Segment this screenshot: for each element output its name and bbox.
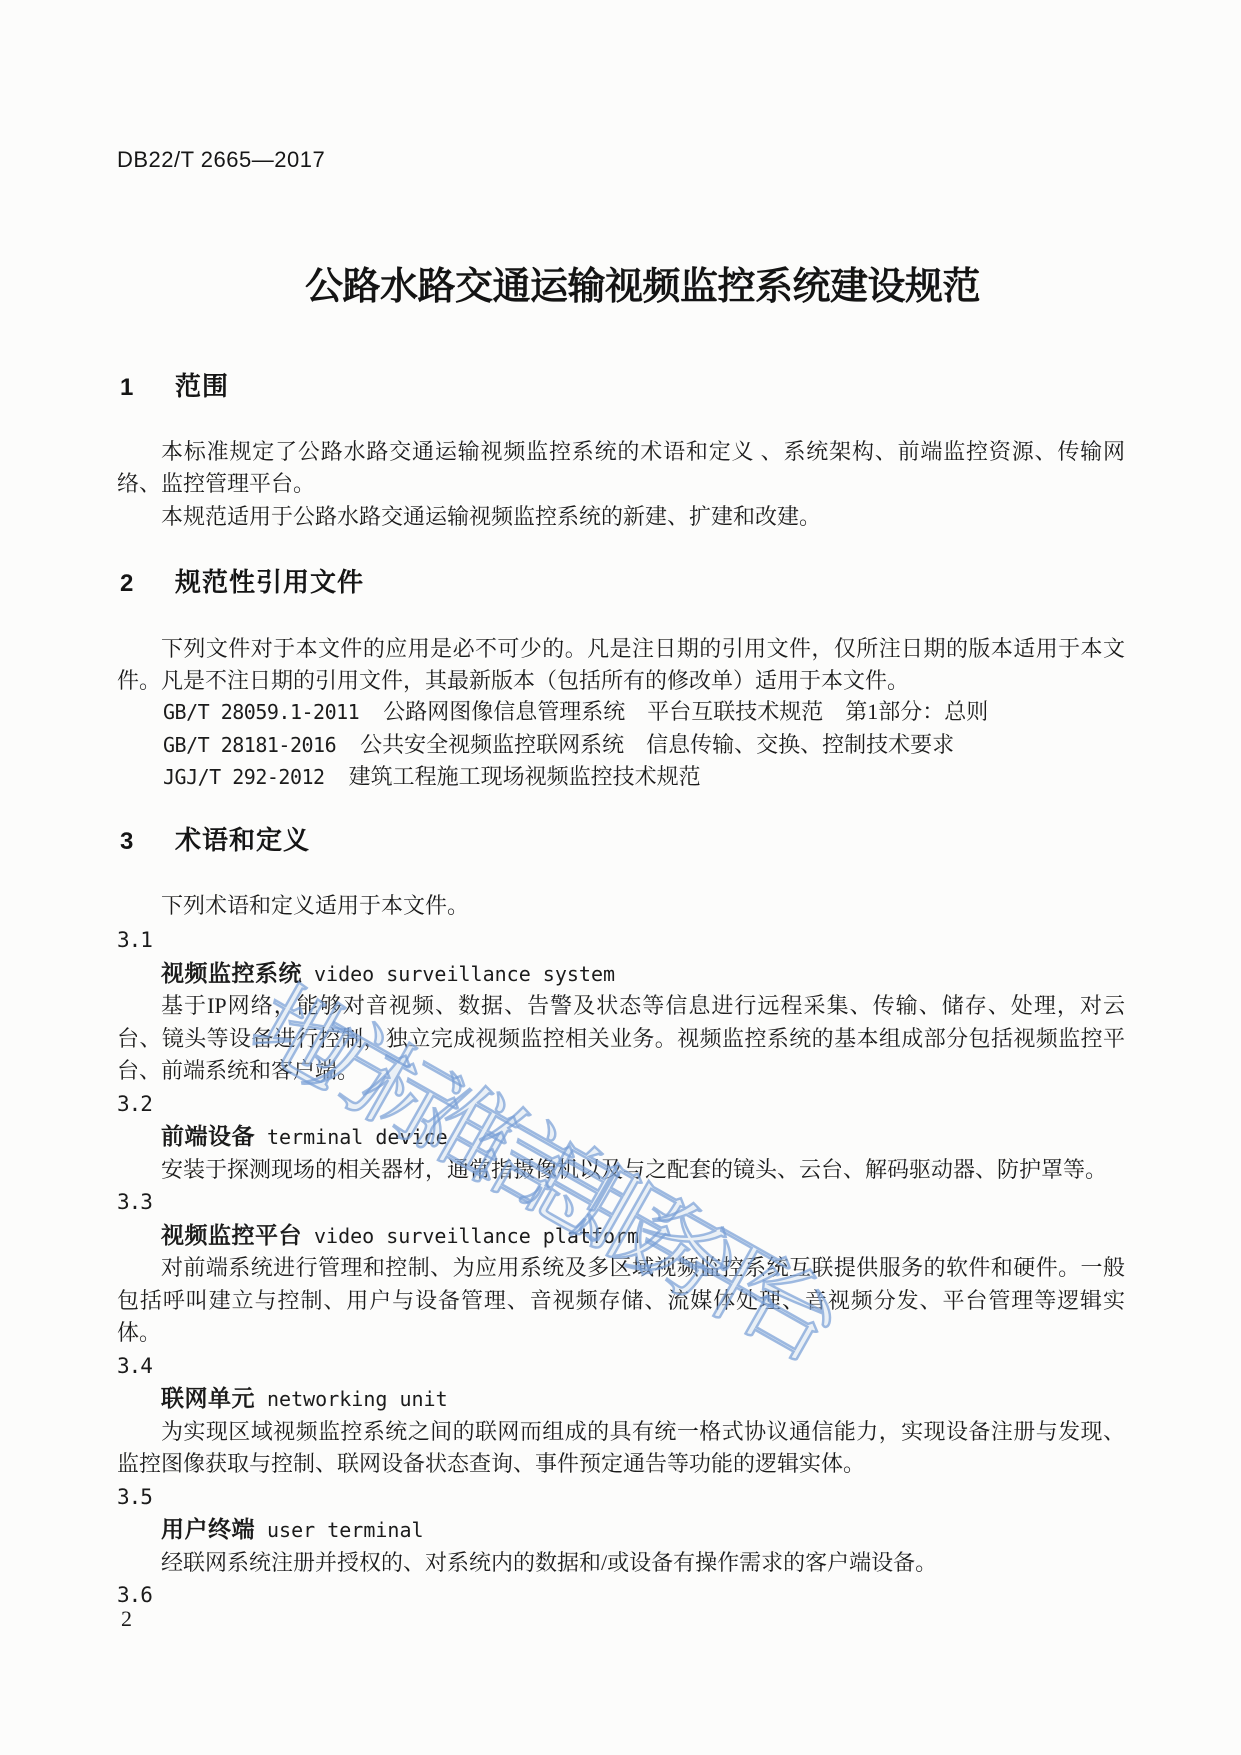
section-3-heading-text: 术语和定义 bbox=[175, 825, 310, 855]
reference-title: 公路网图像信息管理系统 平台互联技术规范 第1部分：总则 bbox=[383, 699, 988, 724]
section-3-heading: 3术语和定义 bbox=[117, 825, 1128, 857]
terms-list: 3.1 视频监控系统video surveillance system 基于IP… bbox=[117, 924, 1125, 1612]
document-title: 公路水路交通运输视频监控系统建设规范 bbox=[305, 266, 980, 308]
term-definition: 基于IP网络，能够对音视频、数据、告警及状态等信息进行远程采集、传输、储存、处理… bbox=[117, 990, 1125, 1088]
reference-code: GB/T 28059.1-2011 bbox=[163, 700, 359, 724]
term-definition: 安装于探测现场的相关器材，通常指摄像机以及与之配套的镜头、云台、解码驱动器、防护… bbox=[117, 1154, 1125, 1187]
standard-document-page: 地方标准信息服务平台 DB22/T 2665—2017 公路水路交通运输视频监控… bbox=[0, 0, 1241, 1755]
references-intro: 下列文件对于本文件的应用是必不可少的。凡是注日期的引用文件，仅所注日期的版本适用… bbox=[117, 633, 1125, 696]
term-title: 视频监控系统video surveillance system bbox=[117, 957, 1125, 991]
term-entry: 3.4 联网单元networking unit 为实现区域视频监控系统之间的联网… bbox=[117, 1350, 1125, 1481]
term-number: 3.5 bbox=[117, 1481, 1125, 1514]
term-number: 3.4 bbox=[117, 1350, 1125, 1383]
term-definition: 对前端系统进行管理和控制、为应用系统及多区域视频监控系统互联提供服务的软件和硬件… bbox=[117, 1252, 1125, 1350]
term-title: 视频监控平台video surveillance platform bbox=[117, 1219, 1125, 1253]
reference-list: GB/T 28059.1-2011公路网图像信息管理系统 平台互联技术规范 第1… bbox=[117, 696, 1177, 794]
term-zh-label: 联网单元 bbox=[161, 1385, 255, 1411]
term-zh-label: 视频监控平台 bbox=[161, 1222, 302, 1248]
term-en-label: terminal device bbox=[267, 1125, 448, 1149]
section-1-number: 1 bbox=[120, 373, 136, 403]
terms-intro: 下列术语和定义适用于本文件。 bbox=[117, 890, 1125, 922]
section-3-number: 3 bbox=[120, 827, 136, 857]
reference-title: 建筑工程施工现场视频监控技术规范 bbox=[349, 764, 701, 789]
term-number: 3.3 bbox=[117, 1186, 1125, 1219]
scope-paragraph-2: 本规范适用于公路水路交通运输视频监控系统的新建、扩建和改建。 bbox=[117, 501, 1125, 533]
section-2-heading-text: 规范性引用文件 bbox=[175, 567, 364, 597]
term-zh-label: 前端设备 bbox=[161, 1123, 255, 1149]
term-zh-label: 用户终端 bbox=[161, 1516, 255, 1542]
term-entry: 3.3 视频监控平台video surveillance platform 对前… bbox=[117, 1186, 1125, 1350]
reference-code: GB/T 28181-2016 bbox=[163, 733, 336, 757]
term-title: 用户终端user terminal bbox=[117, 1513, 1125, 1547]
term-en-label: video surveillance platform bbox=[314, 1224, 639, 1248]
standard-code: DB22/T 2665—2017 bbox=[117, 147, 325, 173]
page-number: 2 bbox=[121, 1606, 132, 1632]
reference-item: GB/T 28059.1-2011公路网图像信息管理系统 平台互联技术规范 第1… bbox=[117, 696, 1177, 729]
term-entry: 3.2 前端设备terminal device 安装于探测现场的相关器材，通常指… bbox=[117, 1088, 1125, 1187]
section-1-heading-text: 范围 bbox=[175, 371, 229, 401]
term-number: 3.1 bbox=[117, 924, 1125, 957]
reference-item: GB/T 28181-2016公共安全视频监控联网系统 信息传输、交换、控制技术… bbox=[117, 729, 1177, 762]
scope-paragraph-1: 本标准规定了公路水路交通运输视频监控系统的术语和定义 、系统架构、前端监控资源、… bbox=[117, 436, 1125, 499]
term-en-label: user terminal bbox=[267, 1518, 424, 1542]
reference-item: JGJ/T 292-2012建筑工程施工现场视频监控技术规范 bbox=[117, 761, 1177, 794]
term-title: 联网单元networking unit bbox=[117, 1382, 1125, 1416]
term-number: 3.2 bbox=[117, 1088, 1125, 1121]
term-entry: 3.5 用户终端user terminal 经联网系统注册并授权的、对系统内的数… bbox=[117, 1481, 1125, 1580]
section-2-heading: 2规范性引用文件 bbox=[117, 567, 1128, 599]
term-en-label: networking unit bbox=[267, 1387, 448, 1411]
term-number-3-6: 3.6 bbox=[117, 1579, 1125, 1612]
reference-title: 公共安全视频监控联网系统 信息传输、交换、控制技术要求 bbox=[360, 732, 954, 757]
section-1-heading: 1范围 bbox=[117, 371, 1128, 403]
term-entry: 3.1 视频监控系统video surveillance system 基于IP… bbox=[117, 924, 1125, 1088]
term-definition: 为实现区域视频监控系统之间的联网而组成的具有统一格式协议通信能力，实现设备注册与… bbox=[117, 1416, 1125, 1481]
section-2-number: 2 bbox=[120, 569, 136, 599]
reference-code: JGJ/T 292-2012 bbox=[163, 765, 325, 789]
term-zh-label: 视频监控系统 bbox=[161, 960, 302, 986]
term-en-label: video surveillance system bbox=[314, 962, 615, 986]
term-definition: 经联网系统注册并授权的、对系统内的数据和/或设备有操作需求的客户端设备。 bbox=[117, 1547, 1125, 1580]
term-title: 前端设备terminal device bbox=[117, 1120, 1125, 1154]
